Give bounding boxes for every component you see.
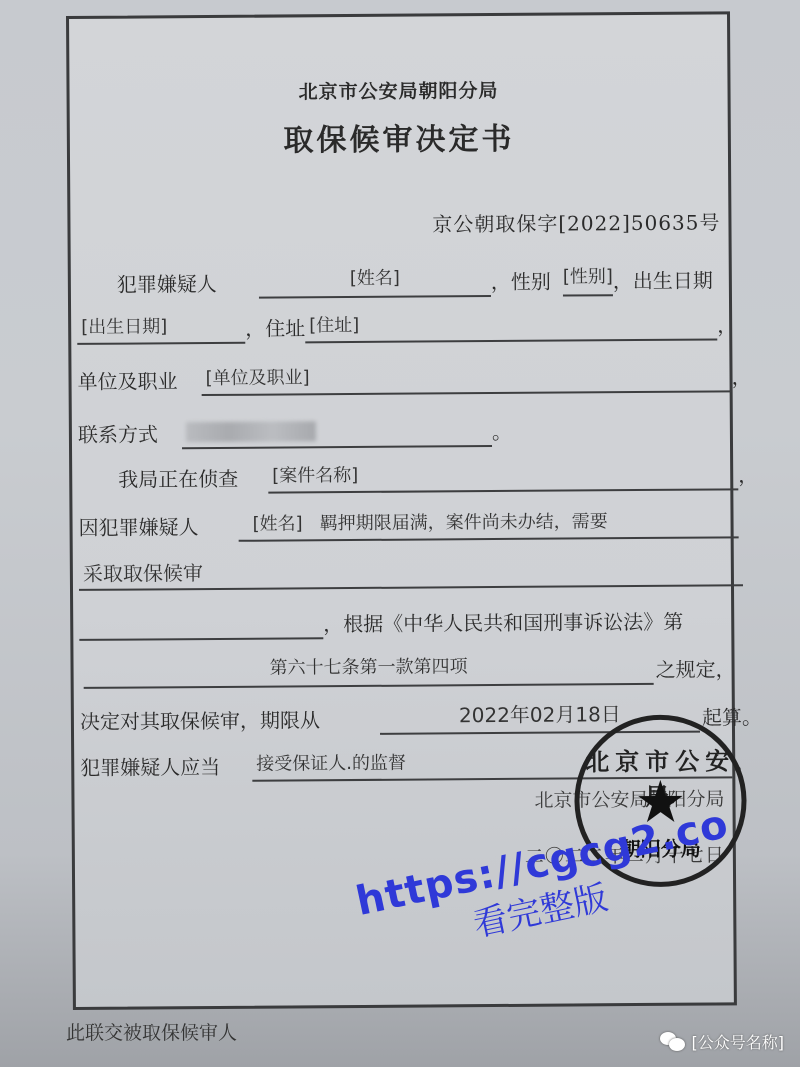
- employer-field: [单位及职业]: [201, 362, 731, 396]
- footer-note: 此联交被取保候审人: [66, 1018, 237, 1045]
- legal-basis-text: ，根据《中华人民共和国刑事诉讼法》第: [323, 606, 683, 638]
- official-seal: 北京市公安局 ★ 朝阳分局: [574, 714, 747, 887]
- star-icon: ★: [579, 771, 741, 832]
- legal-basis-blank: [79, 607, 323, 641]
- decision-label: 决定对其取保候审，期限从: [80, 704, 320, 735]
- source-tag: [公众号名称]: [660, 1030, 785, 1053]
- investigation-case-field: [案件名称]: [268, 460, 738, 493]
- reason-label: 因犯罪嫌疑人: [78, 511, 198, 541]
- employer-label: 单位及职业: [77, 365, 177, 395]
- measure-field: 采取取保候审: [79, 556, 743, 591]
- start-end: 起算。: [702, 701, 762, 730]
- address-field: [住址]: [305, 310, 717, 343]
- address-label: ，住址: [245, 312, 305, 341]
- redacted-contact: [186, 421, 316, 442]
- obligation-label: 犯罪嫌疑人应当: [80, 751, 220, 781]
- document-number: 京公朝取保字[2022]50635号: [432, 206, 720, 237]
- article-line: 第六十七条第一款第四项 之规定，: [73, 648, 731, 693]
- seal-bottom-text: 朝阳分局: [580, 832, 742, 862]
- wechat-icon: [660, 1032, 686, 1052]
- birth-date-field: [出生日期]: [77, 314, 245, 345]
- reason-name: [姓名]: [252, 513, 302, 534]
- document-frame: 北京市公安局朝阳分局 取保候审决定书 京公朝取保字[2022]50635号 犯罪…: [66, 11, 737, 1010]
- investigation-label: 我局正在侦查: [118, 463, 238, 493]
- address-line: [出生日期] ，住址 [住址] ，: [71, 304, 729, 349]
- investigation-comma: ，: [738, 459, 758, 488]
- contact-label: 联系方式: [78, 418, 158, 448]
- article-end: 之规定，: [655, 653, 735, 683]
- employer-comma: ，: [731, 361, 751, 390]
- suspect-line: 犯罪嫌疑人 [姓名] ，性别 [性别] ，出生日期: [71, 259, 729, 304]
- measure-line: 采取取保候审: [73, 550, 731, 595]
- reason-field: [姓名] 羁押期限届满，案件尚未办结，需要: [238, 508, 738, 541]
- investigation-line: 我局正在侦查 [案件名称] ，: [72, 454, 730, 499]
- document-title: 取保候审决定书: [70, 112, 728, 161]
- suspect-name-field: [姓名]: [259, 265, 491, 299]
- contact-line: 联系方式 。: [72, 409, 730, 454]
- address-comma: ，: [717, 309, 737, 338]
- agency-title: 北京市公安局朝阳分局: [69, 74, 727, 106]
- reason-line: 因犯罪嫌疑人 [姓名] 羁押期限届满，案件尚未办结，需要: [72, 502, 730, 547]
- suspect-label: 犯罪嫌疑人: [117, 268, 217, 298]
- contact-field: [182, 417, 492, 449]
- gender-label: ，性别: [491, 266, 551, 295]
- legal-basis-line: ，根据《中华人民共和国刑事诉讼法》第: [73, 600, 731, 645]
- employer-line: 单位及职业 [单位及职业] ，: [71, 356, 729, 401]
- birth-date-label: ，出生日期: [613, 264, 713, 294]
- article-field: 第六十七条第一款第四项: [83, 653, 653, 689]
- reason-text: 羁押期限届满，案件尚未办结，需要: [320, 511, 608, 534]
- gender-field: [性别]: [563, 264, 613, 296]
- source-name: [公众号名称]: [692, 1030, 785, 1053]
- contact-period: 。: [492, 416, 512, 445]
